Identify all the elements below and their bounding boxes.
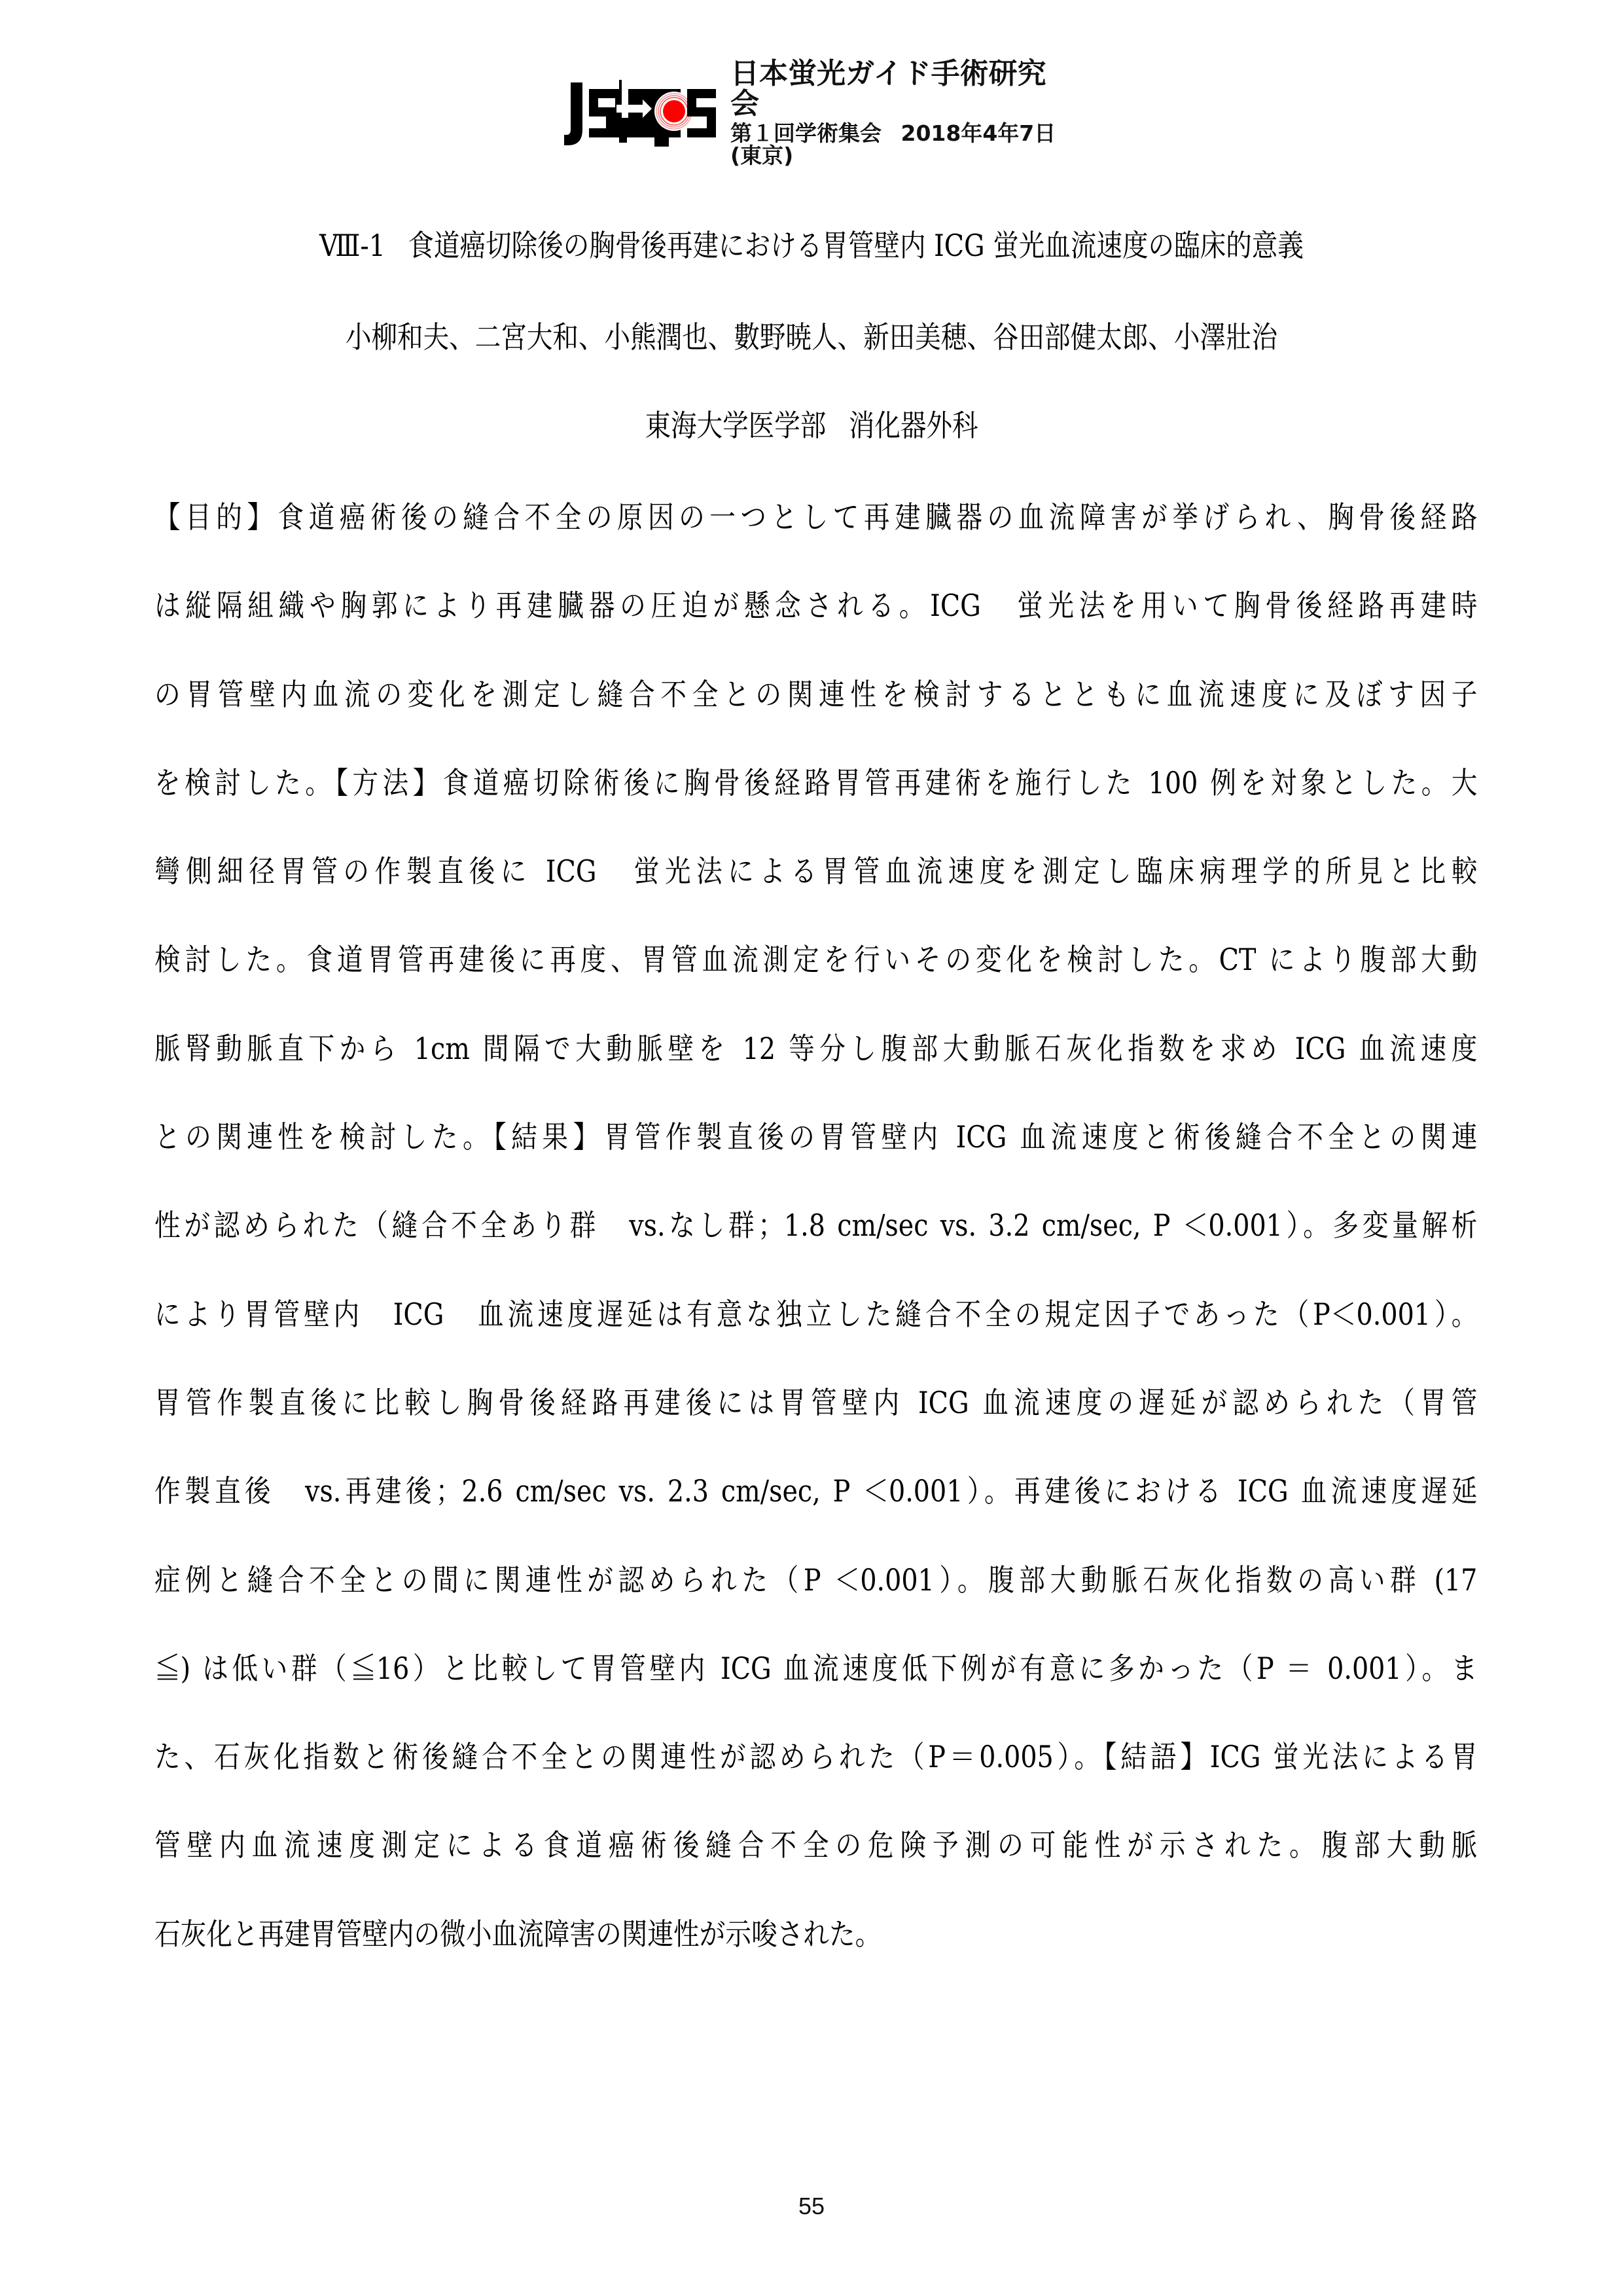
body-line: た、石灰化指数と術後縫合不全との関連性が認められた（P＝0.005）。【結語】I… (154, 1737, 1477, 1825)
author-list: 小柳和夫、二宮大和、小熊潤也、數野暁人、新田美穂、谷田部健太郎、小澤壯治 (114, 311, 1510, 363)
body-line: 石灰化と再建胃管壁内の微小血流障害の関連性が示唆された。 (154, 1914, 1477, 2003)
affiliation-university: 東海大学医学部 (645, 408, 826, 443)
body-line: 彎側細径胃管の作製直後に ICG 蛍光法による胃管血流速度を測定し臨床病理学的所… (154, 852, 1477, 940)
affiliation-department: 消化器外科 (849, 408, 978, 443)
jsfgs-logo (563, 77, 720, 149)
section-number: Ⅷ-1 (319, 228, 385, 263)
abstract-body: 【目的】食道癌術後の縫合不全の原因の一つとして再建臓器の血流障害が挙げられ、胸骨… (154, 497, 1476, 2003)
meeting-name: 第１回学術集会 (730, 120, 882, 146)
body-line: 管壁内血流速度測定による食道癌術後縫合不全の危険予測の可能性が示された。腹部大動… (154, 1825, 1477, 1914)
conference-info: 日本蛍光ガイド手術研究会 第１回学術集会 2018年4年7日(東京) (730, 59, 1073, 168)
body-line: により胃管壁内 ICG 血流速度遅延は有意な独立した縫合不全の規定因子であった（… (154, 1295, 1477, 1383)
organization-name: 日本蛍光ガイド手術研究会 (730, 59, 1073, 119)
body-line: 作製直後 vs.再建後；2.6 cm/sec vs. 2.3 cm/sec, P… (154, 1471, 1477, 1560)
body-line: 【目的】食道癌術後の縫合不全の原因の一つとして再建臓器の血流障害が挙げられ、胸骨… (154, 497, 1477, 586)
title-text: 食道癌切除後の胸骨後再建における胃管壁内 ICG 蛍光血流速度の臨床的意義 (408, 228, 1304, 263)
meeting-date: 2018年4年7日 (901, 120, 1056, 146)
body-line: 胃管作製直後に比較し胸骨後経路再建後には胃管壁内 ICG 血流速度の遅延が認めら… (154, 1383, 1477, 1471)
abstract-title: Ⅷ-1食道癌切除後の胸骨後再建における胃管壁内 ICG 蛍光血流速度の臨床的意義 (114, 219, 1510, 272)
body-line: 検討した。食道胃管再建後に再度、胃管血流測定を行いその変化を検討した。CT によ… (154, 940, 1477, 1028)
body-line: の胃管壁内血流の変化を測定し縫合不全との関連性を検討するとともに血流速度に及ぼす… (154, 675, 1477, 763)
meeting-location: (東京) (730, 143, 793, 168)
body-line: を検討した。【方法】食道癌切除術後に胸骨後経路胃管再建術を施行した 100 例を… (154, 763, 1477, 852)
body-line: 性が認められた（縫合不全あり群 vs.なし群；1.8 cm/sec vs. 3.… (154, 1206, 1477, 1294)
body-line: 症例と縫合不全との間に関連性が認められた（P ＜0.001）。腹部大動脈石灰化指… (154, 1560, 1477, 1649)
body-line: 脈腎動脈直下から 1cm 間隔で大動脈壁を 12 等分し腹部大動脈石灰化指数を求… (154, 1029, 1477, 1117)
affiliation: 東海大学医学部消化器外科 (114, 399, 1510, 452)
meeting-info: 第１回学術集会 2018年4年7日(東京) (730, 122, 1073, 168)
body-line: との関連性を検討した。【結果】胃管作製直後の胃管壁内 ICG 血流速度と術後縫合… (154, 1117, 1477, 1206)
body-line: は縦隔組織や胸郭により再建臓器の圧迫が懸念される。ICG 蛍光法を用いて胸骨後経… (154, 586, 1477, 674)
logo-icon (563, 77, 720, 149)
conference-header: 日本蛍光ガイド手術研究会 第１回学術集会 2018年4年7日(東京) (563, 77, 1073, 149)
body-line: ≦) は低い群（≦16）と比較して胃管壁内 ICG 血流速度低下例が有意に多かっ… (154, 1649, 1477, 1737)
page-number: 55 (0, 2193, 1623, 2220)
